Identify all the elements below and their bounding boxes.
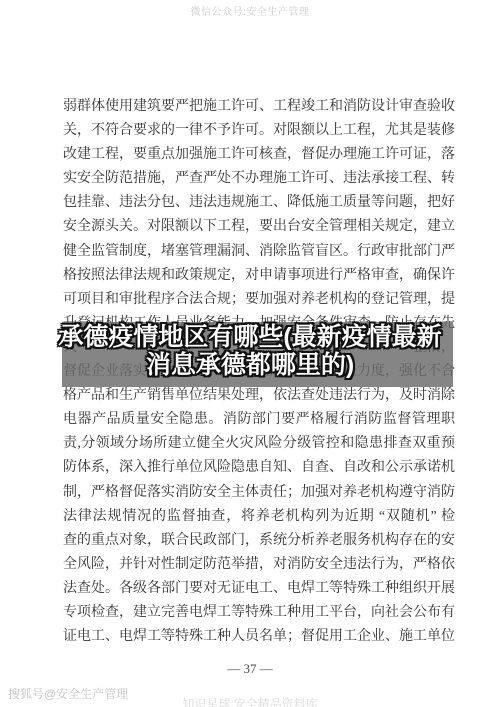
- document-line: 电器产品质量安全隐患。消防部门要严格履行消防监督管理职: [63, 408, 455, 432]
- document-line: 可项目和审批程序合法合规；要加强对养老机构的登记管理，提: [63, 288, 455, 312]
- document-line: 专项检查，建立完善电焊工等特殊工种用工平台，向社会公布有: [63, 601, 455, 625]
- document-line: 格产品和生产销售单位结果处理，依法查处违法行为，及时消除: [63, 384, 455, 408]
- page-number: — 37 —: [0, 661, 500, 677]
- top-watermark: 微信公众号:安全生产管理: [0, 3, 500, 18]
- document-line: 责,分领域分场所建立健全火灾风险分级管控和隐患排查双重预: [63, 432, 455, 456]
- article-title-line-2: 消息承德都哪里的): [40, 351, 460, 379]
- document-line: 法律法规情况的监督抽查，将养老机构列为近期 “双随机” 检: [63, 505, 455, 529]
- document-line: 法查处。各级各部门要对无证电工、电焊工等特殊工种组织开展: [63, 577, 455, 601]
- scanned-document-page: 微信公众号:安全生产管理 弱群体使用建筑要严把施工许可、工程竣工和消防设计审查验…: [0, 0, 500, 707]
- document-line: 关，不符合要求的一律不予许可。对限额以上工程，尤其是装修: [63, 119, 455, 143]
- document-line: 弱群体使用建筑要严把施工许可、工程竣工和消防设计审查验收: [63, 95, 455, 119]
- document-line: 安全源头关。对限额以下工程，要出台安全管理相关规定，建立: [63, 215, 455, 239]
- document-line: 制，严格督促落实消防安全主体责任；加强对养老机构遵守消防: [63, 481, 455, 505]
- document-line: 全风险，并针对性制定防范举措，对消防安全违法行为，严格依: [63, 553, 455, 577]
- document-line: 查的重点对象，联合民政部门，系统分析养老服务机构存在的安: [63, 529, 455, 553]
- bottom-watermark: 知识星球:安全精品资料库: [0, 695, 500, 707]
- document-line: 包挂靠、违法分包、违法违规施工、降低施工质量等问题，把好: [63, 191, 455, 215]
- document-line: 实安全防范措施，严查严处不办理施工许可、违法承接工程、转: [63, 167, 455, 191]
- document-line: 防体系，深入推行单位风险隐患自知、自查、自改和公示承诺机: [63, 456, 455, 480]
- document-line: 健全监管制度，堵塞管理漏洞、消除监管盲区。行政审批部门严: [63, 240, 455, 264]
- article-title-line-1: 承德疫情地区有哪些(最新疫情最新: [40, 323, 460, 351]
- document-line: 改建工程，要重点加强施工许可核查，督促办理施工许可证，落: [63, 143, 455, 167]
- document-line: 证电工、电焊工等特殊工种人员名单；督促用工企业、施工单位: [63, 625, 455, 649]
- document-line: 格按照法律法规和政策规定，对申请事项进行严格审查，确保许: [63, 264, 455, 288]
- article-title-overlay: 承德疫情地区有哪些(最新疫情最新 消息承德都哪里的): [40, 323, 460, 379]
